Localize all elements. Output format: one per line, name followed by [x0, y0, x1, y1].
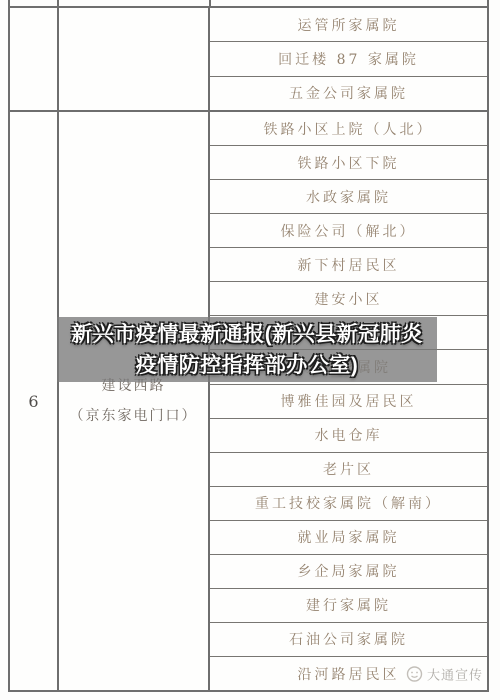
location-cell: 博雅佳园及居民区: [210, 385, 487, 419]
location-cell: 运管所家属院: [210, 8, 487, 42]
location-cell: 保险公司（解北）: [210, 214, 487, 248]
location-cell: 沿河路居民区 大通宣传: [210, 657, 487, 690]
location-cell: 建行家属院: [210, 589, 487, 623]
location-cell: 水政家属院: [210, 180, 487, 214]
location-cell: 乡企局家属院: [210, 555, 487, 589]
location-cell: 石油公司家属院: [210, 623, 487, 657]
stamp-smiley-icon: [406, 665, 423, 682]
location-cell: 回迁楼 87 家属院: [210, 42, 487, 76]
headline-line-2: 疫情防控指挥部办公室): [136, 350, 359, 381]
street-cell: 建设西路 （京东家电门口）: [59, 112, 210, 690]
location-cell: 重工技校家属院（解南）: [210, 487, 487, 521]
location-cell: 铁路小区上院（人北）: [210, 112, 487, 146]
location-cell: 就业局家属院: [210, 521, 487, 555]
street-cell: [59, 8, 210, 110]
location-cell-label: 沿河路居民区: [298, 664, 400, 684]
serial-cell: [10, 8, 59, 110]
location-cell: 新下村居民区: [210, 248, 487, 282]
page: 运管所家属院 回迁楼 87 家属院 五金公司家属院 6 建设西路 （京东家电门口…: [0, 0, 500, 700]
serial-cell: 6: [10, 112, 59, 690]
location-cell: 建安小区: [210, 282, 487, 316]
location-cell: 铁路小区下院: [210, 146, 487, 180]
location-cell: 五金公司家属院: [210, 77, 487, 110]
location-cell: 老片区: [210, 453, 487, 487]
location-list: 运管所家属院 回迁楼 87 家属院 五金公司家属院: [210, 8, 487, 110]
headline-line-1: 新兴市疫情最新通报(新兴县新冠肺炎: [71, 319, 423, 350]
street-line: （京东家电门口）: [70, 401, 198, 431]
location-list: 铁路小区上院（人北） 铁路小区下院 水政家属院 保险公司（解北） 新下村居民区 …: [210, 112, 487, 690]
watermark: 大通宣传: [406, 664, 483, 683]
headline-overlay-banner: 新兴市疫情最新通报(新兴县新冠肺炎 疫情防控指挥部办公室): [57, 317, 437, 382]
table-section-top: 运管所家属院 回迁楼 87 家属院 五金公司家属院: [10, 8, 487, 112]
table-section-6: 6 建设西路 （京东家电门口） 铁路小区上院（人北） 铁路小区下院 水政家属院 …: [10, 112, 487, 690]
location-cell: 水电仓库: [210, 419, 487, 453]
watermark-label: 大通宣传: [427, 664, 483, 683]
